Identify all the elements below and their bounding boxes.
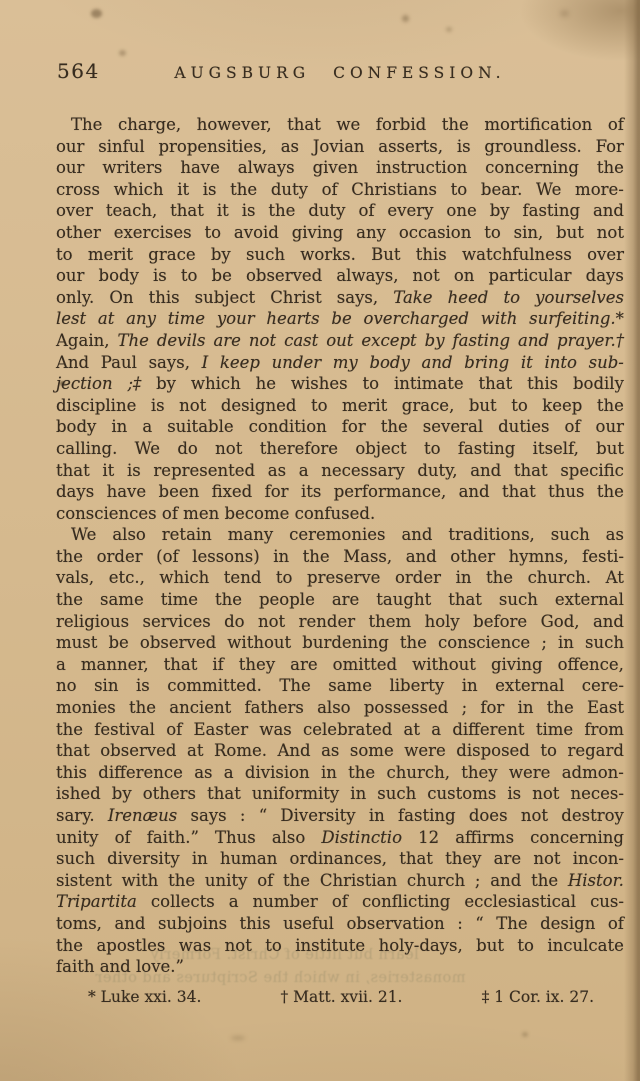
word: says, (149, 352, 190, 374)
word: We (536, 179, 561, 201)
word: bodily (573, 373, 624, 395)
word: that (502, 481, 536, 503)
word: duty (271, 179, 308, 201)
word: the (597, 481, 624, 503)
word: not (533, 848, 560, 870)
word: for (342, 416, 366, 438)
text-line: thefestivalofEasterwascelebratedatadiffe… (56, 719, 624, 741)
footnotes: * Luke xxi. 34. † Matt. xvii. 21. ‡ 1 Co… (88, 987, 594, 1007)
word: Again, (56, 330, 109, 352)
word: to (517, 935, 534, 957)
text-line: toms,andsubjoinsthisusefulobservation:“T… (56, 913, 624, 935)
text-line: ourbodyistobeobservedalways,notonparticu… (56, 265, 624, 287)
word: other (56, 222, 101, 244)
text-line: Again,Thedevilsarenotcastoutexceptbyfast… (56, 330, 624, 352)
word: without (227, 632, 291, 654)
word: subjoins (158, 913, 227, 935)
text-line: thatitisrepresentedasanecessaryduty,andt… (56, 460, 624, 482)
word: of (608, 913, 624, 935)
word: it (177, 179, 189, 201)
word: a (142, 416, 152, 438)
word: such (246, 244, 285, 266)
word: have (180, 157, 220, 179)
word: the (168, 870, 195, 892)
word: the (486, 567, 513, 589)
word: tend (224, 567, 262, 589)
word: in (350, 783, 366, 805)
text-line: amanner,thatiftheyareomittedwithoutgivin… (56, 654, 624, 676)
text-line: religiousservicesdonotrenderthemholybefo… (56, 611, 624, 633)
word: as (268, 460, 286, 482)
word: watchfulness (462, 244, 572, 266)
text-line: Thecharge,however,thatweforbidthemortifi… (56, 114, 624, 136)
word: diversity (107, 848, 180, 870)
word: design (540, 913, 595, 935)
word: in (369, 805, 385, 827)
word: sistent (56, 870, 112, 892)
text-line: tomeritgracebysuchworks.Butthiswatchfuln… (56, 244, 624, 266)
word: by (425, 330, 445, 352)
text-line: mustbeobservedwithoutburdeningtheconscie… (56, 632, 624, 654)
word: admon- (562, 762, 624, 784)
word: Easter (193, 719, 248, 741)
word: such (551, 524, 590, 546)
word: that (448, 589, 482, 611)
word: and (490, 870, 521, 892)
word: of (257, 870, 273, 892)
word: not (413, 265, 440, 287)
word: possessed (364, 697, 448, 719)
word: observed (246, 265, 322, 287)
word: it (217, 200, 229, 222)
word: any (356, 222, 386, 244)
word: to (204, 222, 221, 244)
word: that (56, 740, 90, 762)
word: this (527, 373, 558, 395)
word: into (544, 352, 576, 374)
word: as (321, 740, 339, 762)
word: we (336, 114, 360, 136)
word: We (135, 438, 160, 460)
word: the (531, 870, 558, 892)
word: the (283, 870, 310, 892)
word: in (456, 567, 472, 589)
word: every (387, 200, 433, 222)
word: but (469, 395, 497, 417)
paper-stain (446, 27, 452, 32)
word: toms, (56, 913, 102, 935)
word: they (239, 654, 275, 676)
word: observation (346, 913, 444, 935)
word: lest (56, 308, 86, 330)
word: them (369, 611, 412, 633)
paragraph: Thecharge,however,thatweforbidthemortifi… (56, 114, 624, 524)
word: to (503, 287, 520, 309)
word: my (333, 352, 358, 374)
word: the (56, 719, 83, 741)
word: some (350, 740, 394, 762)
word: this (149, 287, 180, 309)
word: at (404, 719, 420, 741)
word: “ (259, 805, 267, 827)
word: useful (283, 913, 334, 935)
word: this (416, 244, 447, 266)
word: unity (205, 870, 247, 892)
word: forbid (376, 114, 426, 136)
word: for (480, 697, 504, 719)
word: that (399, 848, 433, 870)
word: calling. (56, 438, 117, 460)
word: not (521, 805, 548, 827)
word: and (470, 460, 501, 482)
word: particular (488, 265, 571, 287)
word: as (281, 136, 299, 158)
text-line: bodyinasuitableconditionfortheseveraldut… (56, 416, 624, 438)
word: monies (56, 697, 116, 719)
word: charge, (118, 114, 181, 136)
word: from (584, 719, 624, 741)
word: : (457, 913, 463, 935)
text-line: disciplineisnotdesignedtomeritgrace,butt… (56, 395, 624, 417)
word: such (585, 632, 624, 654)
word: more- (575, 179, 624, 201)
word: the (230, 179, 257, 201)
word: is (457, 136, 471, 158)
footnote: ‡ 1 Cor. ix. 27. (482, 987, 594, 1007)
word: in (558, 632, 574, 654)
word: disposed (456, 740, 530, 762)
word: sub- (589, 352, 624, 374)
word: observed (100, 740, 176, 762)
word: a (299, 460, 309, 482)
word: says (191, 805, 227, 827)
word: prayer.† (557, 330, 624, 352)
text-line: vals,etc.,whichtendtopreserveorderinthec… (56, 567, 624, 589)
word: vals, (56, 567, 94, 589)
word: under (272, 352, 321, 374)
word: to (56, 244, 73, 266)
word: the (348, 762, 375, 784)
word: sary. (56, 805, 95, 827)
word: by (211, 244, 231, 266)
word: for (265, 481, 289, 503)
word: devils (157, 330, 206, 352)
word: cus- (590, 891, 624, 913)
word: that (56, 460, 90, 482)
text-line: ourwritershavealwaysgiveninstructionconc… (56, 157, 624, 179)
word: by (490, 200, 510, 222)
word: performance, (334, 481, 447, 503)
word: our (56, 157, 84, 179)
word: manner, (81, 654, 149, 676)
word: and (406, 546, 437, 568)
word: to (540, 740, 557, 762)
word: ceremonies (289, 524, 385, 546)
word: And (277, 740, 310, 762)
word: that (164, 654, 198, 676)
word: it (521, 352, 533, 374)
word: if (212, 654, 223, 676)
word: and (401, 524, 432, 546)
word: But (371, 244, 400, 266)
paper-stain (402, 15, 409, 22)
word: ancient (169, 697, 231, 719)
word: time (168, 308, 205, 330)
word: exercises (114, 222, 192, 244)
word: of (608, 114, 624, 136)
word: and (518, 330, 549, 352)
word: by (156, 373, 176, 395)
word: in (273, 546, 289, 568)
word: Christ (270, 287, 322, 309)
text-line: AndPaulsays,Ikeepundermybodyandbringitin… (56, 352, 624, 374)
word: Histor. (568, 870, 624, 892)
word: of (358, 200, 374, 222)
text-segment: consciences of men become confused. (56, 504, 375, 523)
word: incon- (573, 848, 624, 870)
text-line: calling.Wedonotthereforeobjecttofastingi… (56, 438, 624, 460)
paper-stain (560, 10, 569, 17)
word: he (256, 373, 276, 395)
word: occasion (399, 222, 472, 244)
word: duty (308, 200, 345, 222)
word: retain (162, 524, 212, 546)
word: not (179, 395, 206, 417)
word: over (587, 244, 624, 266)
word: regard (567, 740, 624, 762)
word: that (207, 783, 241, 805)
word: but (556, 222, 584, 244)
word: that (514, 460, 548, 482)
word: We (71, 524, 96, 546)
text-line: Tripartitacollectsanumberofconflictingec… (56, 891, 624, 913)
word: inculcate (547, 935, 624, 957)
word: grace, (402, 395, 455, 417)
word: The (117, 330, 148, 352)
word: therefore (260, 438, 338, 460)
word: no (56, 675, 77, 697)
word: number (253, 891, 318, 913)
word: fasting (523, 200, 581, 222)
word: to (181, 265, 198, 287)
word: our (56, 136, 84, 158)
word: your (217, 308, 255, 330)
word: order (395, 567, 441, 589)
word: Paul (101, 352, 137, 374)
word: and (459, 481, 490, 503)
word: liberty (389, 675, 444, 697)
word: at (98, 308, 114, 330)
word: not (532, 783, 559, 805)
word: bear. (481, 179, 522, 201)
word: to (363, 373, 380, 395)
word: to (511, 395, 528, 417)
word: conscience (438, 632, 530, 654)
word: Thus (215, 827, 256, 849)
word: discipline (56, 395, 136, 417)
word: necessary (321, 460, 404, 482)
word: collects (151, 891, 215, 913)
word: Christians (351, 179, 437, 201)
word: that (170, 200, 204, 222)
word: keep (220, 352, 260, 374)
word: been (159, 481, 200, 503)
word: affirms (455, 827, 514, 849)
text-line: jection;‡bywhichhewishestointimatethatth… (56, 373, 624, 395)
word: cere- (582, 675, 624, 697)
word: Diversity (280, 805, 355, 827)
word: intimate (394, 373, 464, 395)
word: observed (140, 632, 216, 654)
word: was (179, 935, 211, 957)
word: and (114, 913, 145, 935)
word: For (596, 136, 624, 158)
word: on (454, 265, 475, 287)
word: of (115, 827, 131, 849)
word: And (56, 352, 89, 374)
text-segment: faith and love.” (56, 957, 184, 976)
word: which (159, 567, 209, 589)
word: sin, (514, 222, 544, 244)
word: except (361, 330, 416, 352)
text-line: nosiniscommitted.Thesamelibertyinexterna… (56, 675, 624, 697)
word: traditions, (448, 524, 534, 546)
word: conflicting (362, 891, 450, 913)
word: ordinances, (290, 848, 387, 870)
word: duties (498, 416, 549, 438)
word: condition (249, 416, 327, 438)
word: At (606, 567, 624, 589)
word: not (258, 611, 285, 633)
word: they (445, 848, 481, 870)
text-line: overteach,thatitisthedutyofeveryonebyfas… (56, 200, 624, 222)
word: works. (300, 244, 356, 266)
word: giving (491, 654, 543, 676)
word: instruction (376, 157, 467, 179)
word: festi- (582, 546, 624, 568)
word: specific (560, 460, 624, 482)
word: Christian (320, 870, 397, 892)
word: as (606, 524, 624, 546)
word: church (407, 870, 465, 892)
word: ; (541, 632, 547, 654)
word: are (213, 330, 241, 352)
word: many (228, 524, 273, 546)
word: the (381, 416, 408, 438)
word: sinful (98, 136, 144, 158)
text-line: theorder(oflessons)intheMass,andotherhym… (56, 546, 624, 568)
word: surfeiting.* (529, 308, 624, 330)
word: merit (342, 395, 387, 417)
word: Rome. (214, 740, 267, 762)
word: groundless. (484, 136, 581, 158)
word: suitable (167, 416, 233, 438)
word: preserve (307, 567, 380, 589)
word: with (481, 308, 518, 330)
word: church. (528, 567, 592, 589)
text-line: lestatanytimeyourheartsbeoverchargedwith… (56, 308, 624, 330)
word: asserts, (378, 136, 443, 158)
word: time (536, 719, 573, 741)
word: keep (542, 395, 582, 417)
word: and (593, 611, 624, 633)
text-line: thatobservedatRome.Andassomeweredisposed… (56, 740, 624, 762)
word: different (452, 719, 524, 741)
word: to (311, 395, 328, 417)
word: object (355, 438, 406, 460)
word: committed. (167, 675, 262, 697)
word: same (328, 675, 372, 697)
word: which (191, 373, 241, 395)
word: On (109, 287, 133, 309)
word: body (56, 416, 96, 438)
paragraph: Wealsoretainmanyceremoniesandtraditions,… (56, 524, 624, 977)
word: of (332, 891, 348, 913)
word: the (597, 157, 624, 179)
word: thus (548, 481, 584, 503)
word: merit (88, 244, 133, 266)
word: the (442, 114, 469, 136)
word: celebrated (303, 719, 392, 741)
word: do (177, 438, 198, 460)
footnote: * Luke xxi. 34. (88, 987, 201, 1007)
word: fathers (245, 697, 304, 719)
word: time (161, 589, 198, 611)
paper-stain (522, 1032, 528, 1037)
word: order (97, 546, 143, 568)
word: wishes (291, 373, 348, 395)
word: holy (425, 611, 460, 633)
word: be (212, 265, 232, 287)
word: ;‡ (127, 373, 141, 395)
text-line: sary.Irenæussays:“Diversityinfastingdoes… (56, 805, 624, 827)
word: of (564, 416, 580, 438)
word: be (108, 632, 128, 654)
word: a (431, 719, 441, 741)
word: mortification (484, 114, 592, 136)
text-line: dayshavebeenfixedforitsperformance,andth… (56, 481, 624, 503)
word: Irenæus (108, 805, 177, 827)
word: the (400, 632, 427, 654)
word: hearts (266, 308, 319, 330)
word: The (71, 114, 102, 136)
word: writers (102, 157, 162, 179)
word: our (56, 265, 84, 287)
word: a (56, 654, 66, 676)
word: others (143, 783, 196, 805)
word: also (112, 524, 146, 546)
word: as (194, 762, 212, 784)
word: ished (56, 783, 101, 805)
word: Take (393, 287, 432, 309)
word: overcharged (364, 308, 469, 330)
text-line: suchdiversityinhumanordinances,thattheya… (56, 848, 624, 870)
word: lessons) (192, 546, 259, 568)
word: yourselves (535, 287, 624, 309)
body-text: Thecharge,however,thatweforbidthemortifi… (56, 114, 624, 978)
word: institute (295, 935, 365, 957)
word: Tripartita (56, 891, 137, 913)
word: not (597, 222, 624, 244)
word: that (479, 373, 513, 395)
word: over (56, 200, 93, 222)
word: days (586, 265, 624, 287)
word: same (100, 589, 144, 611)
word: such (56, 848, 95, 870)
word: burdening (302, 632, 389, 654)
word: in (111, 416, 127, 438)
word: a (224, 762, 234, 784)
